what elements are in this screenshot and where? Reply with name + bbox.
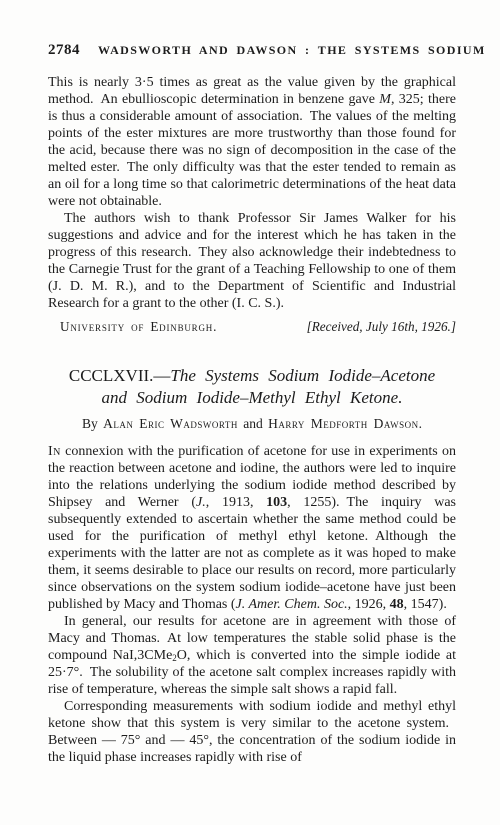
signature-row: University of Edinburgh. [Received, July… [48, 319, 456, 335]
byline-period: . [419, 416, 422, 431]
intro-seg-4: , 1926, [348, 597, 390, 612]
article-body: In connexion with the purification of ac… [48, 443, 456, 766]
paragraph-mek-results: Corresponding measurements with sodium i… [48, 698, 456, 766]
page-header: 2784 WADSWORTH AND DAWSON : THE SYSTEMS … [48, 42, 456, 59]
volume-2: 48 [390, 597, 404, 612]
received-date: [Received, July 16th, 1926.] [307, 319, 456, 335]
byline: By Alan Eric Wadsworth and Harry Medfort… [48, 416, 456, 432]
paragraph-acetone-results: In general, our results for acetone are … [48, 613, 456, 698]
affiliation: University of Edinburgh. [48, 319, 217, 335]
running-title: WADSWORTH AND DAWSON : THE SYSTEMS SODIU… [98, 43, 486, 58]
byline-by: By [82, 416, 103, 431]
intro-seg-3: , 1255). The inquiry was subsequently ex… [48, 495, 456, 612]
volume-1: 103 [266, 495, 287, 510]
intro-first-word: In [48, 444, 61, 459]
author-2: Harry Medforth Dawson [268, 416, 419, 431]
author-1: Alan Eric Wadsworth [103, 416, 238, 431]
molecular-weight-symbol: M [379, 92, 391, 107]
journal-page: 2784 WADSWORTH AND DAWSON : THE SYSTEMS … [0, 0, 500, 825]
journal-ref-1: J. [196, 495, 206, 510]
intro-seg-5: , 1547). [404, 597, 447, 612]
journal-ref-2: J. Amer. Chem. Soc. [236, 597, 348, 612]
intro-seg-2: , 1913, [206, 495, 266, 510]
previous-article-end: This is nearly 3·5 times as great as the… [48, 74, 456, 335]
byline-and: and [238, 416, 268, 431]
paragraph-acknowledgements: The authors wish to thank Professor Sir … [48, 210, 456, 312]
paragraph-introduction: In connexion with the purification of ac… [48, 443, 456, 613]
paragraph-ester-results: This is nearly 3·5 times as great as the… [48, 74, 456, 210]
article-start: CCCLXVII.—The Systems Sodium Iodide–Acet… [48, 365, 456, 766]
ester-text-after: , 325; there is thus a considerable amou… [48, 92, 456, 209]
article-number: CCCLXVII.— [69, 366, 171, 385]
article-title: CCCLXVII.—The Systems Sodium Iodide–Acet… [48, 365, 456, 409]
page-number: 2784 [48, 42, 80, 59]
